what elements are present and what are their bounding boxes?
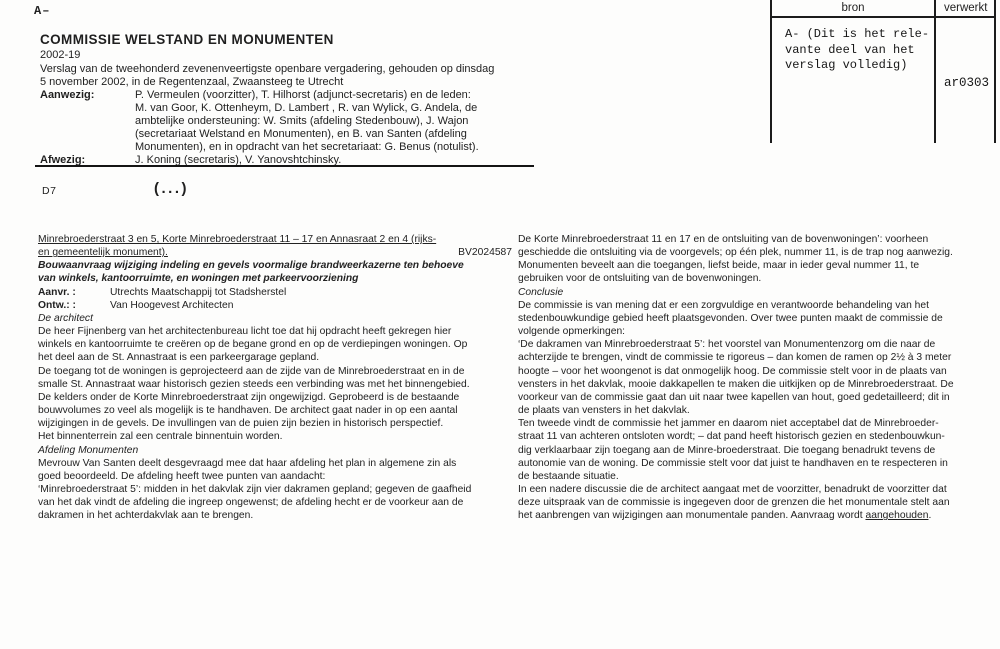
aanvrager-label: Aanvr. :: [38, 286, 110, 299]
d7-mark: D7: [42, 185, 56, 197]
closing-decision: aangehouden: [865, 510, 928, 521]
aanvrager-value: Utrechts Maatschappij tot Stadsherstel: [110, 286, 286, 299]
discussie-text: In een nadere discussie die de architect…: [518, 483, 992, 509]
corner-mark: A–: [34, 4, 50, 18]
stamp-column-verwerkt: verwerkt ar0303: [936, 0, 994, 143]
stamp-header-verwerkt-label: verwerkt: [944, 2, 987, 14]
archive-stamp-box: bron A- (Dit is het rele- vante deel van…: [770, 0, 996, 143]
left-column: Minrebroederstraat 3 en 5, Korte Minrebr…: [38, 233, 512, 522]
ontwerper-row: Ontw.: : Van Hoogevest Architecten: [38, 299, 512, 312]
stamp-column-bron: bron A- (Dit is het rele- vante deel van…: [772, 0, 936, 143]
stamp-note: A- (Dit is het rele- vante deel van het …: [772, 18, 934, 74]
header-divider: [35, 165, 534, 167]
case-subject: Bouwaanvraag wijziging indeling en gevel…: [38, 259, 512, 285]
ontwerper-label: Ontw.: :: [38, 299, 110, 312]
closing-suffix: .: [928, 510, 931, 521]
stamp-header-bron: bron: [772, 0, 934, 18]
korte-minrebroederstraat-text: De Korte Minrebroederstraat 11 en 17 en …: [518, 233, 992, 286]
dakramen-text: ‘De dakramen van Minrebroederstraat 5’: …: [518, 338, 992, 417]
stamp-verwerkt-value: ar0303: [936, 18, 994, 90]
aanwezig-row: Aanwezig: P. Vermeulen (voorzitter), T. …: [40, 89, 690, 154]
conclusie-heading: Conclusie: [518, 286, 992, 299]
stamp-header-verwerkt: verwerkt: [936, 0, 994, 18]
meeting-intro: Verslag van de tweehonderd zevenenveerti…: [40, 63, 690, 89]
tweede-punt-text: Ten tweede vindt de commissie het jammer…: [518, 417, 992, 483]
monumenten-section-text: Mevrouw Van Santen deelt desgevraagd mee…: [38, 457, 512, 523]
aanvrager-row: Aanvr. : Utrechts Maatschappij tot Stads…: [38, 286, 512, 299]
stamp-header-bron-label: bron: [841, 2, 864, 14]
case-heading-line1: Minrebroederstraat 3 en 5, Korte Minrebr…: [38, 233, 512, 246]
omission-mark: (...): [154, 180, 189, 197]
monumenten-section-heading: Afdeling Monumenten: [38, 444, 512, 457]
case-heading-line2: en gemeentelijk monument).: [38, 246, 168, 259]
right-column: De Korte Minrebroederstraat 11 en 17 en …: [518, 233, 992, 522]
closing-line: het aanbrengen van wijzigingen aan monum…: [518, 509, 992, 522]
body-columns: Minrebroederstraat 3 en 5, Korte Minrebr…: [38, 233, 992, 522]
case-number: BV2024587: [458, 246, 512, 259]
doc-number: 2002-19: [40, 49, 690, 62]
aanwezig-label: Aanwezig:: [40, 89, 135, 154]
page-title: COMMISSIE WELSTAND EN MONUMENTEN: [40, 33, 690, 46]
conclusie-text: De commissie is van mening dat er een zo…: [518, 299, 992, 338]
ontwerper-value: Van Hoogevest Architecten: [110, 299, 233, 312]
closing-prefix: het aanbrengen van wijzigingen aan monum…: [518, 510, 865, 521]
architect-section-text: De heer Fijnenberg van het architectenbu…: [38, 325, 512, 443]
document-header: COMMISSIE WELSTAND EN MONUMENTEN 2002-19…: [40, 33, 690, 167]
case-heading-line2-row: en gemeentelijk monument). BV2024587: [38, 246, 512, 259]
architect-section-heading: De architect: [38, 312, 512, 325]
aanwezig-names: P. Vermeulen (voorzitter), T. Hilhorst (…: [135, 89, 479, 154]
